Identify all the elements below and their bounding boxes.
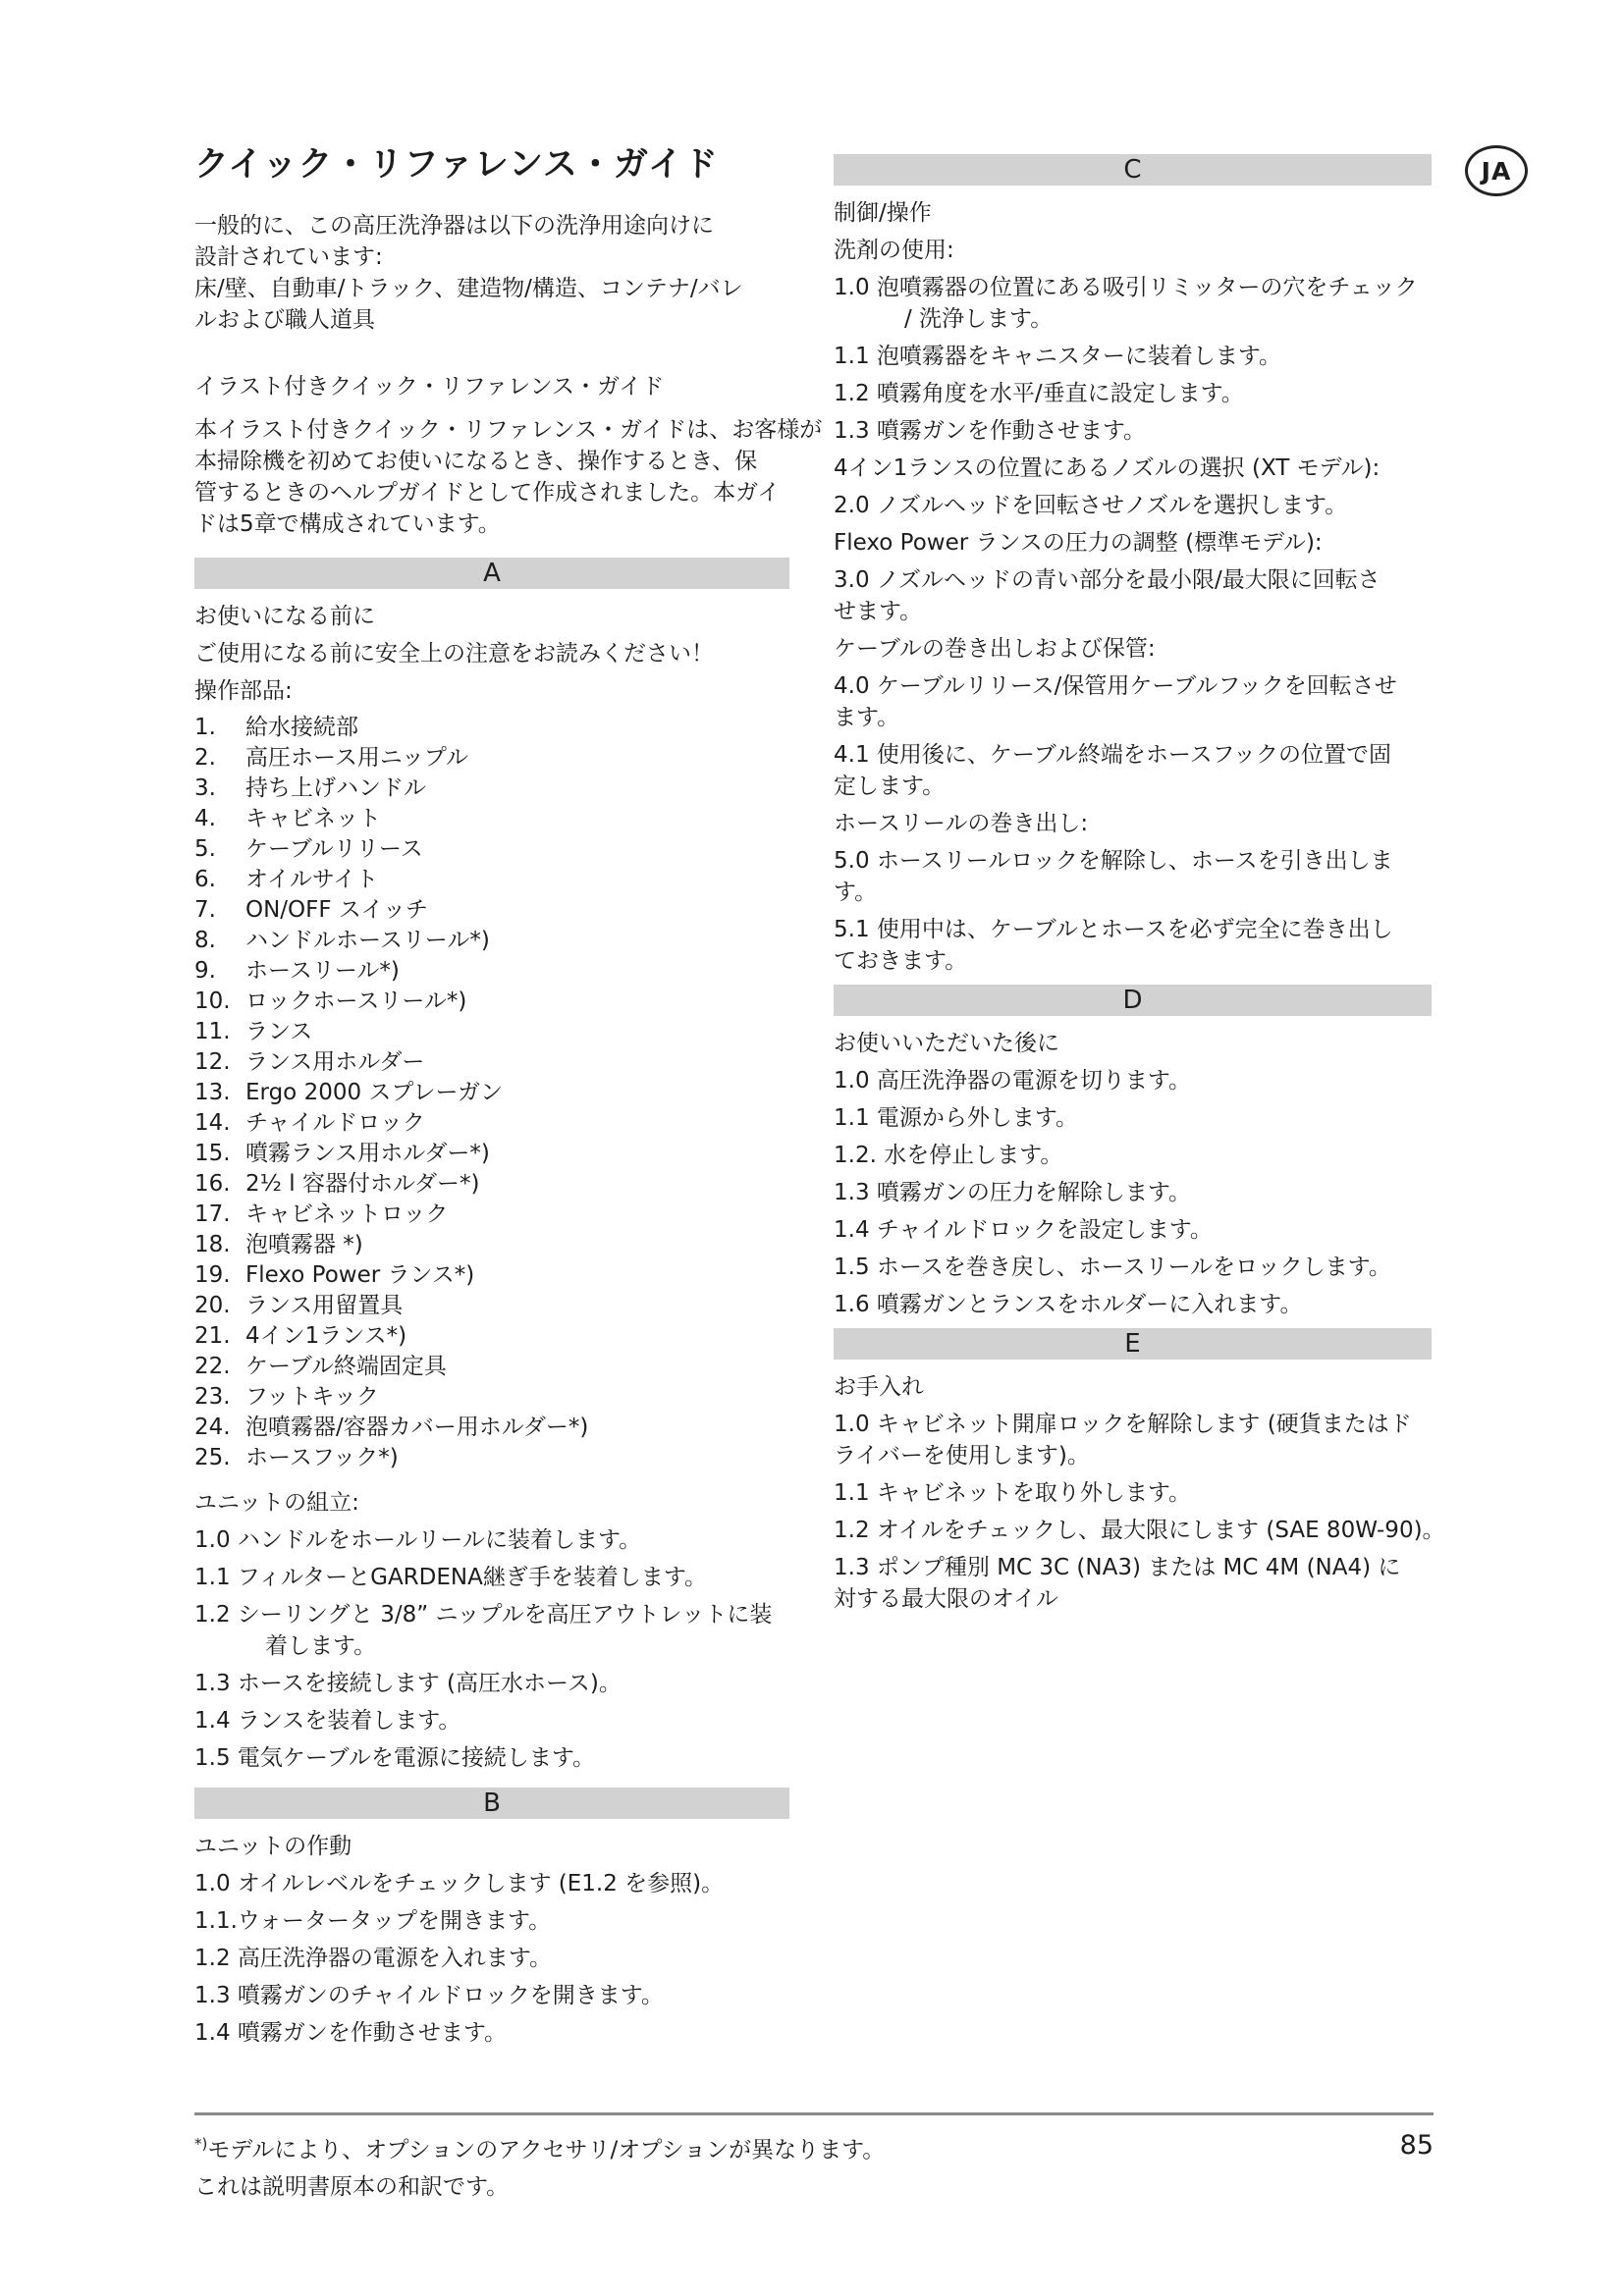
part-label: ON/OFF スイッチ: [245, 895, 831, 926]
part-number: 18.: [194, 1230, 245, 1260]
control-operation-steps: 洗剤の使用: 1.0 泡噴霧器の位置にある吸引リミッターの穴をチェック / 洗浄…: [834, 235, 1462, 977]
part-row: 18. 泡噴霧器 *): [194, 1230, 831, 1260]
translation-note: これは説明書原本の和訳です。: [194, 2174, 509, 2200]
part-label: ランス用留置具: [245, 1291, 831, 1321]
part-label: 噴霧ランス用ホルダー*): [245, 1139, 831, 1169]
step-paragraph: ケーブルの巻き出しおよび保管:: [834, 633, 1462, 665]
step-paragraph: 1.2 シーリングと 3/8” ニップルを高圧アウトレットに装 着します。: [194, 1599, 831, 1662]
part-number: 13.: [194, 1078, 245, 1108]
part-row: 4. キャビネット: [194, 804, 831, 834]
part-number: 14.: [194, 1108, 245, 1139]
footnote: *)モデルにより、オプションのアクセサリ/オプションが異なります。 これは説明書…: [194, 2126, 885, 2206]
part-row: 19. Flexo Power ランス*): [194, 1260, 831, 1291]
footer-divider: [194, 2112, 1434, 2115]
step-paragraph: 5.1 使用中は、ケーブルとホースを必ず完全に巻き出し ておきます。: [834, 914, 1462, 977]
step-paragraph: 1.3 噴霧ガンの圧力を解除します。: [834, 1177, 1462, 1208]
intro-paragraph: 一般的に、この高圧洗浄器は以下の洗浄用途向けに 設計されています: 床/壁、自動…: [194, 210, 831, 336]
part-label: Flexo Power ランス*): [245, 1260, 831, 1291]
part-label: ランス: [245, 1017, 831, 1047]
part-label: ホースフック*): [245, 1443, 831, 1473]
part-number: 8.: [194, 926, 245, 956]
section-a-heading: お使いになる前に: [194, 601, 831, 632]
step-paragraph: 1.2 オイルをチェックし、最大限にします (SAE 80W-90)。: [834, 1515, 1462, 1546]
part-number: 25.: [194, 1443, 245, 1473]
section-bar-a: A: [194, 558, 789, 589]
part-label: キャビネット: [245, 804, 831, 834]
part-number: 23.: [194, 1382, 245, 1413]
part-number: 1.: [194, 713, 245, 743]
part-row: 12. ランス用ホルダー: [194, 1047, 831, 1078]
step-paragraph: 1.4 噴霧ガンを作動させます。: [194, 2017, 831, 2049]
page-title: クイック・リファレンス・ガイド: [194, 145, 831, 185]
part-number: 21.: [194, 1321, 245, 1352]
step-paragraph: 1.0 泡噴霧器の位置にある吸引リミッターの穴をチェック / 洗浄します。: [834, 272, 1462, 335]
step-paragraph: 1.2 高圧洗浄器の電源を入れます。: [194, 1943, 831, 1974]
part-row: 13. Ergo 2000 スプレーガン: [194, 1078, 831, 1108]
step-paragraph: 1.3 噴霧ガンのチャイルドロックを開きます。: [194, 1980, 831, 2011]
part-row: 23. フットキック: [194, 1382, 831, 1413]
part-number: 10.: [194, 987, 245, 1017]
step-paragraph: 1.1 電源から外します。: [834, 1102, 1462, 1134]
step-paragraph: 1.0 高圧洗浄器の電源を切ります。: [834, 1065, 1462, 1096]
part-label: キャビネットロック: [245, 1200, 831, 1230]
step-paragraph: 1.3 ホースを接続します (高圧水ホース)。: [194, 1668, 831, 1699]
part-number: 9.: [194, 956, 245, 987]
part-label: オイルサイト: [245, 865, 831, 895]
part-label: 2½ l 容器付ホルダー*): [245, 1169, 831, 1200]
parts-list: 1. 給水接続部 2. 高圧ホース用ニップル 3. 持ち上げハンドル 4. キャ…: [194, 713, 831, 1473]
part-row: 20. ランス用留置具: [194, 1291, 831, 1321]
part-row: 8. ハンドルホースリール*): [194, 926, 831, 956]
part-label: ロックホースリール*): [245, 987, 831, 1017]
part-row: 25. ホースフック*): [194, 1443, 831, 1473]
step-paragraph: 5.0 ホースリールロックを解除し、ホースを引き出しま す。: [834, 845, 1462, 908]
part-label: ケーブルリリース: [245, 834, 831, 865]
section-c-heading: 制御/操作: [834, 197, 1462, 229]
part-number: 7.: [194, 895, 245, 926]
part-row: 1. 給水接続部: [194, 713, 831, 743]
part-number: 19.: [194, 1260, 245, 1291]
part-row: 21. 4イン1ランス*): [194, 1321, 831, 1352]
part-row: 16. 2½ l 容器付ホルダー*): [194, 1169, 831, 1200]
step-paragraph: ホースリールの巻き出し:: [834, 808, 1462, 839]
step-paragraph: 1.5 電気ケーブルを電源に接続します。: [194, 1742, 831, 1774]
step-paragraph: 1.1 キャビネットを取り外します。: [834, 1477, 1462, 1509]
section-e-heading: お手入れ: [834, 1371, 1462, 1403]
part-row: 17. キャビネットロック: [194, 1200, 831, 1230]
part-label: Ergo 2000 スプレーガン: [245, 1078, 831, 1108]
part-row: 3. 持ち上げハンドル: [194, 774, 831, 804]
section-bar-b: B: [194, 1788, 789, 1819]
step-paragraph: 1.5 ホースを巻き戻し、ホースリールをロックします。: [834, 1252, 1462, 1283]
step-paragraph: 1.0 ハンドルをホールリールに装着します。: [194, 1524, 831, 1556]
part-label: 泡噴霧器/容器カバー用ホルダー*): [245, 1413, 831, 1443]
safety-note: ご使用になる前に安全上の注意をお読みください！: [194, 638, 831, 669]
part-label: ケーブル終端固定具: [245, 1352, 831, 1382]
part-number: 22.: [194, 1352, 245, 1382]
part-label: 持ち上げハンドル: [245, 774, 831, 804]
step-paragraph: 1.3 ポンプ種別 MC 3C (NA3) または MC 4M (NA4) に …: [834, 1552, 1462, 1615]
step-paragraph: 1.2. 水を停止します。: [834, 1140, 1462, 1171]
footnote-marker: *): [194, 2135, 207, 2153]
step-paragraph: 1.0 オイルレベルをチェックします (E1.2 を参照)。: [194, 1868, 831, 1899]
part-label: ホースリール*): [245, 956, 831, 987]
part-row: 14. チャイルドロック: [194, 1108, 831, 1139]
part-label: 高圧ホース用ニップル: [245, 743, 831, 774]
part-row: 7. ON/OFF スイッチ: [194, 895, 831, 926]
section-bar-c: C: [834, 154, 1432, 186]
part-label: チャイルドロック: [245, 1108, 831, 1139]
part-row: 24. 泡噴霧器/容器カバー用ホルダー*): [194, 1413, 831, 1443]
part-number: 11.: [194, 1017, 245, 1047]
step-paragraph: 1.4 ランスを装着します。: [194, 1705, 831, 1736]
step-paragraph: 1.3 噴霧ガンを作動させます。: [834, 415, 1462, 447]
part-number: 16.: [194, 1169, 245, 1200]
illustrated-guide-heading: イラスト付きクイック・リファレンス・ガイド: [194, 371, 831, 402]
section-d-heading: お使いいただいた後に: [834, 1028, 1462, 1059]
step-paragraph: 1.2 噴霧角度を水平/垂直に設定します。: [834, 378, 1462, 409]
step-paragraph: 1.0 キャビネット開扉ロックを解除します (硬貨またはド ライバーを使用します…: [834, 1409, 1462, 1471]
step-paragraph: 洗剤の使用:: [834, 235, 1462, 266]
part-number: 3.: [194, 774, 245, 804]
part-number: 24.: [194, 1413, 245, 1443]
step-paragraph: 1.6 噴霧ガンとランスをホルダーに入れます。: [834, 1289, 1462, 1320]
part-number: 6.: [194, 865, 245, 895]
step-paragraph: 1.4 チャイルドロックを設定します。: [834, 1214, 1462, 1246]
step-paragraph: Flexo Power ランスの圧力の調整 (標準モデル):: [834, 527, 1462, 559]
illustrated-guide-paragraph: 本イラスト付きクイック・リファレンス・ガイドは、お客様が 本掃除機を初めてお使い…: [194, 414, 831, 540]
step-paragraph: 3.0 ノズルヘッドの青い部分を最小限/最大限に回転さ せます。: [834, 564, 1462, 627]
step-paragraph: 1.1 フィルターとGARDENA継ぎ手を装着します。: [194, 1562, 831, 1593]
care-steps: 1.0 キャビネット開扉ロックを解除します (硬貨またはド ライバーを使用します…: [834, 1409, 1462, 1615]
step-paragraph: 4.0 ケーブルリリース/保管用ケーブルフックを回転させ ます。: [834, 670, 1462, 733]
part-label: 給水接続部: [245, 713, 831, 743]
part-row: 6. オイルサイト: [194, 865, 831, 895]
left-column: クイック・リファレンス・ガイド 一般的に、この高圧洗浄器は以下の洗浄用途向けに …: [194, 145, 831, 2055]
after-use-steps: 1.0 高圧洗浄器の電源を切ります。 1.1 電源から外します。 1.2. 水を…: [834, 1065, 1462, 1320]
part-row: 10. ロックホースリール*): [194, 987, 831, 1017]
part-number: 15.: [194, 1139, 245, 1169]
assembly-label: ユニットの組立:: [194, 1487, 831, 1519]
part-label: フットキック: [245, 1382, 831, 1413]
part-label: ランス用ホルダー: [245, 1047, 831, 1078]
right-column: C 制御/操作 洗剤の使用: 1.0 泡噴霧器の位置にある吸引リミッターの穴をチ…: [834, 154, 1462, 1621]
step-paragraph: 1.1 泡噴霧器をキャニスターに装着します。: [834, 341, 1462, 372]
part-number: 12.: [194, 1047, 245, 1078]
part-row: 15. 噴霧ランス用ホルダー*): [194, 1139, 831, 1169]
part-label: 泡噴霧器 *): [245, 1230, 831, 1260]
section-b-heading: ユニットの作動: [194, 1831, 831, 1862]
part-row: 22. ケーブル終端固定具: [194, 1352, 831, 1382]
part-label: ハンドルホースリール*): [245, 926, 831, 956]
parts-list-label: 操作部品:: [194, 675, 831, 707]
step-paragraph: 4.1 使用後に、ケーブル終端をホースフックの位置で固 定します。: [834, 739, 1462, 802]
step-paragraph: 1.1.ウォータータップを開きます。: [194, 1905, 831, 1937]
page-number: 85: [1306, 2130, 1434, 2161]
footnote-text: モデルにより、オプションのアクセサリ/オプションが異なります。: [207, 2138, 885, 2163]
part-row: 11. ランス: [194, 1017, 831, 1047]
language-badge: JA: [1465, 145, 1528, 196]
part-row: 9. ホースリール*): [194, 956, 831, 987]
part-row: 5. ケーブルリリース: [194, 834, 831, 865]
section-bar-e: E: [834, 1328, 1432, 1360]
step-paragraph: 4イン1ランスの位置にあるノズルの選択 (XT モデル):: [834, 453, 1462, 484]
part-number: 4.: [194, 804, 245, 834]
section-bar-d: D: [834, 985, 1432, 1016]
operation-steps: 1.0 オイルレベルをチェックします (E1.2 を参照)。 1.1.ウォーター…: [194, 1868, 831, 2049]
part-number: 5.: [194, 834, 245, 865]
part-number: 20.: [194, 1291, 245, 1321]
assembly-steps: 1.0 ハンドルをホールリールに装着します。 1.1 フィルターとGARDENA…: [194, 1524, 831, 1774]
part-label: 4イン1ランス*): [245, 1321, 831, 1352]
part-number: 2.: [194, 743, 245, 774]
step-paragraph: 2.0 ノズルヘッドを回転させノズルを選択します。: [834, 490, 1462, 521]
part-number: 17.: [194, 1200, 245, 1230]
part-row: 2. 高圧ホース用ニップル: [194, 743, 831, 774]
